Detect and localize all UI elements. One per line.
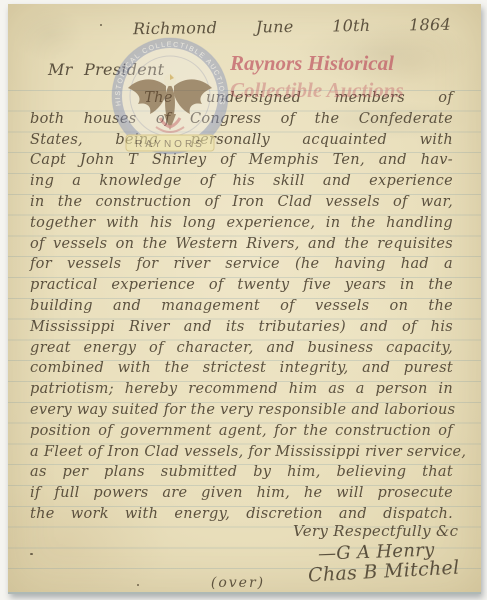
ink-speck	[100, 24, 102, 26]
page-note-over: (over)	[176, 575, 300, 591]
letter-line: practical experience of twenty five year…	[30, 275, 453, 296]
bleedthrough-smudge	[14, 6, 84, 62]
letter-line: every way suited for the very responsibl…	[30, 400, 453, 421]
letter-line: of vessels on the Western Rivers, and th…	[30, 234, 453, 255]
closing-line: Very Respectfully &c	[293, 522, 463, 540]
letter-line: a Fleet of Iron Clad vessels, for Missis…	[30, 442, 453, 463]
scanned-letter-image: Richmond June 10th 1864 Mr President The…	[0, 0, 487, 600]
ink-speck	[30, 553, 33, 555]
letter-body: The undersigned members of both houses o…	[30, 88, 453, 525]
letter-line: Mississippi River and its tributaries) a…	[30, 317, 453, 338]
letter-line: combined with the strictest integrity, a…	[30, 358, 453, 379]
letter-line: as per plans submitted by him, believing…	[30, 462, 453, 483]
letter-line: States, being personally acquainted with	[30, 130, 453, 151]
letter-line: building and management of vessels on th…	[30, 296, 453, 317]
letter-line: together with his long experience, in th…	[30, 213, 453, 234]
letter-line: The undersigned members of	[30, 88, 453, 109]
letter-line: if full powers are given him, he will pr…	[30, 483, 453, 504]
letter-line: ing a knowledge of his skill and experie…	[30, 171, 453, 192]
ink-speck	[137, 584, 139, 586]
letter-line: great energy of character, and business …	[30, 338, 453, 359]
letter-line: patriotism; hereby recommend him as a pe…	[30, 379, 453, 400]
letter-line: Capt John T Shirley of Memphis Ten, and …	[30, 150, 453, 171]
dateline: Richmond June 10th 1864	[133, 15, 451, 38]
letter-line: in the construction of Iron Clad vessels…	[30, 192, 453, 213]
salutation: Mr President	[48, 60, 198, 79]
letter-line: for vessels for river service (he having…	[30, 254, 453, 275]
letter-line: both houses of Congress of the Confedera…	[30, 109, 453, 130]
letter-line: position of government agent, for the co…	[30, 421, 453, 442]
letter-paper: Richmond June 10th 1864 Mr President The…	[8, 4, 481, 594]
